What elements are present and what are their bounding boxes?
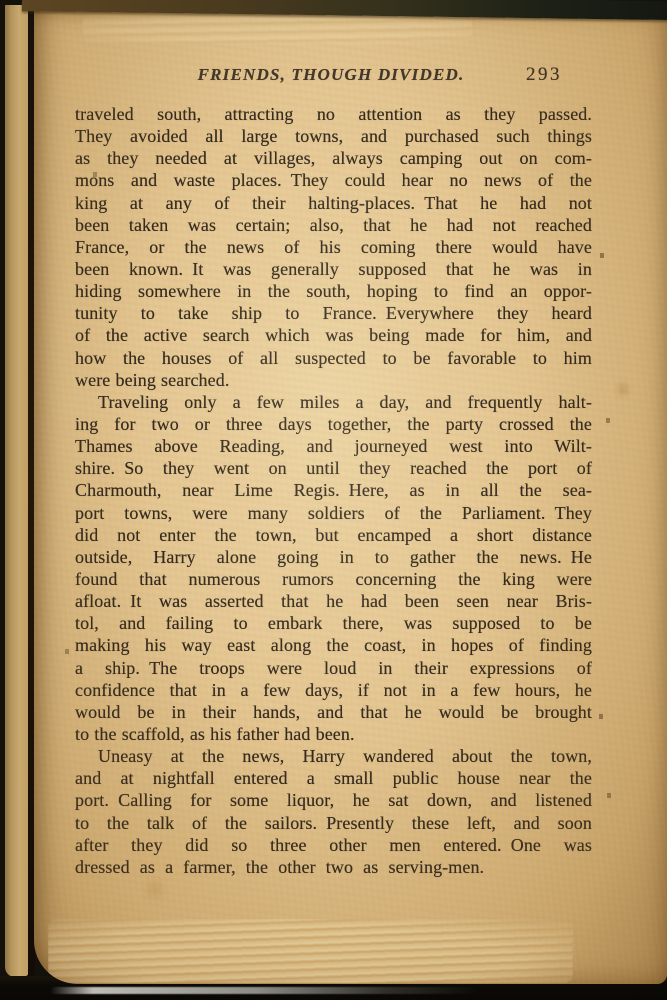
text-line: dressed as a farmer, the other two as se… <box>75 856 592 878</box>
text-line: been taken was certain; also, that he ha… <box>75 214 592 236</box>
text-line: Uneasy at the news, Harry wandered about… <box>75 745 592 767</box>
text-line: shire. So they went on until they reache… <box>75 457 592 479</box>
text-line: would be in their hands, and that he wou… <box>75 701 592 723</box>
text-line: as they needed at villages, always campi… <box>75 147 592 169</box>
text-line: to the scaffold, as his father had been. <box>75 723 592 745</box>
paragraph: traveled south, attracting no attention … <box>75 103 592 391</box>
text-line: Traveling only a few miles a day, and fr… <box>75 391 592 413</box>
text-line: king at any of their halting-places. Tha… <box>75 192 592 214</box>
text-line: ing for two or three days together, the … <box>75 413 592 435</box>
text-line: after they did so three other men entere… <box>75 834 592 856</box>
table-highlight-line <box>50 987 480 994</box>
text-line: to the talk of the sailors. Presently th… <box>75 812 592 834</box>
scanned-book-page: FRIENDS, THOUGH DIVIDED. 293 traveled so… <box>0 0 667 1000</box>
top-page-edge-streaks <box>82 13 472 45</box>
text-line: were being searched. <box>75 369 592 391</box>
text-line: traveled south, attracting no attention … <box>75 103 592 125</box>
body-text: traveled south, attracting no attention … <box>75 103 592 878</box>
text-line: port towns, were many soldiers of the Pa… <box>75 502 592 524</box>
bottom-page-edge-streaks <box>48 919 573 983</box>
text-line: and at nightfall entered a small public … <box>75 767 592 789</box>
left-page-edges <box>5 5 29 977</box>
text-line: They avoided all large towns, and purcha… <box>75 125 592 147</box>
text-line: of the active search which was being mad… <box>75 324 592 346</box>
text-line: Thames above Reading, and journeyed west… <box>75 435 592 457</box>
text-line: making his way east along the coast, in … <box>75 634 592 656</box>
text-line: afloat. It was asserted that he had been… <box>75 590 592 612</box>
page-number: 293 <box>518 64 570 86</box>
page-surface: FRIENDS, THOUGH DIVIDED. 293 traveled so… <box>34 8 667 984</box>
paragraph: Uneasy at the news, Harry wandered about… <box>75 745 592 878</box>
text-line: hiding somewhere in the south, hoping to… <box>75 280 592 302</box>
text-line: port. Calling for some liquor, he sat do… <box>75 789 592 811</box>
text-line: did not enter the town, but encamped a s… <box>75 524 592 546</box>
text-line: outside, Harry alone going in to gather … <box>75 546 592 568</box>
text-line: tol, and failing to embark there, was su… <box>75 612 592 634</box>
text-line: tunity to take ship to France. Everywher… <box>75 302 592 324</box>
paragraph: Traveling only a few miles a day, and fr… <box>75 391 592 745</box>
text-line: confidence that in a few days, if not in… <box>75 679 592 701</box>
text-line: mons and waste places. They could hear n… <box>75 169 592 191</box>
running-head-title: FRIENDS, THOUGH DIVIDED. <box>74 65 588 85</box>
text-line: been known. It was generally supposed th… <box>75 258 592 280</box>
text-line: how the houses of all suspected to be fa… <box>75 347 592 369</box>
text-line: France, or the news of his coming there … <box>75 236 592 258</box>
text-line: found that numerous rumors concerning th… <box>75 568 592 590</box>
text-line: a ship. The troops were loud in their ex… <box>75 657 592 679</box>
text-line: Charmouth, near Lime Regis. Here, as in … <box>75 479 592 501</box>
